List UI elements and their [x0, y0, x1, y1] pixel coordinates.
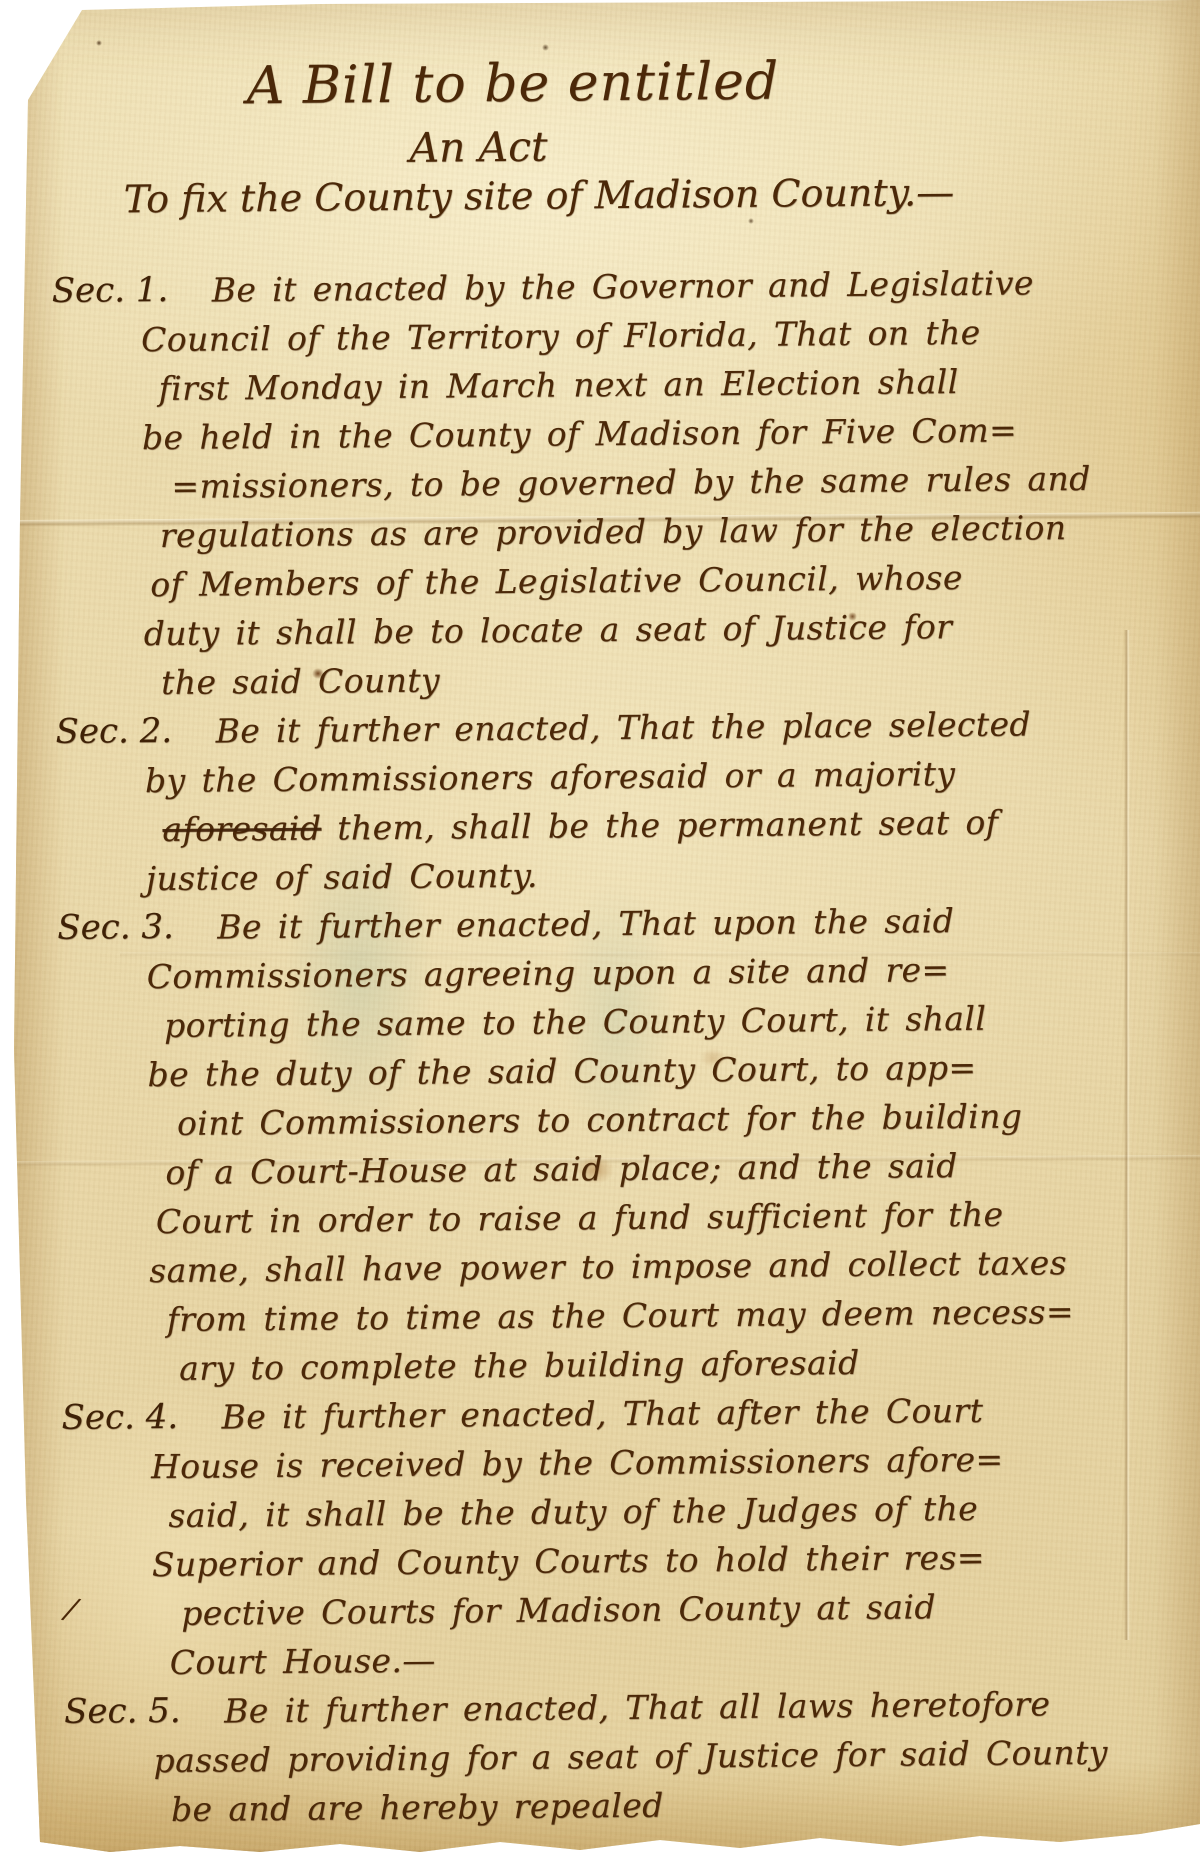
manuscript-line: Court House.—: [170, 1629, 1200, 1687]
manuscript-line: oint Commissioners to contract for the b…: [177, 1090, 1200, 1148]
section-text: Be it further enacted, That after the Co…: [157, 1384, 1200, 1687]
document-body: Sec. 1.Be it enacted by the Governor and…: [0, 257, 1200, 1835]
document-section: Sec. 3.Be it further enacted, That upon …: [5, 894, 1200, 1394]
manuscript-line: from time to time as the Court may deem …: [167, 1286, 1200, 1344]
document-title: A Bill to be entitled An Act To fix the …: [0, 47, 1199, 223]
manuscript-line: said, it shall be the duty of the Judges…: [168, 1482, 1200, 1540]
section-text: Be it enacted by the Governor and Legisl…: [148, 257, 1200, 707]
scanned-document: A Bill to be entitled An Act To fix the …: [0, 0, 1200, 1869]
struck-word: aforesaid: [162, 809, 321, 849]
section-text: Be it further enacted, That the place se…: [151, 698, 1200, 903]
document-section: Sec. 2.Be it further enacted, That the p…: [3, 698, 1200, 904]
document-section: Sec. 4.Be it further enacted, That after…: [9, 1384, 1200, 1688]
document-section: Sec. 5.Be it further enacted, That all l…: [12, 1678, 1200, 1835]
manuscript-line: pective Courts for Madison County at sai…: [181, 1580, 1200, 1638]
manuscript-line: be and are hereby repealed: [171, 1776, 1200, 1834]
section-text: Be it further enacted, That upon the sai…: [153, 894, 1200, 1393]
manuscript-line: =missioners, to be governed by the same …: [171, 453, 1200, 511]
section-label: Sec. 1.: [52, 266, 169, 316]
section-label: Sec. 5.: [64, 1687, 181, 1737]
manuscript-line: passed providing for a seat of Justice f…: [153, 1727, 1200, 1785]
manuscript-line: Be it further enacted, That all laws her…: [160, 1678, 1200, 1736]
document-section: Sec. 1.Be it enacted by the Governor and…: [0, 257, 1200, 708]
title-line-1: A Bill to be entitled: [0, 47, 1198, 121]
section-text: Be it further enacted, That all laws her…: [160, 1678, 1200, 1834]
manuscript-line: regulations as are provided by law for t…: [160, 502, 1200, 560]
section-label: Sec. 4.: [61, 1393, 178, 1443]
manuscript-line: aforesaid them, shall be the permanent s…: [162, 796, 1200, 854]
manuscript-line: ary to complete the building aforesaid: [179, 1335, 1200, 1393]
title-line-3: To fix the County site of Madison County…: [0, 167, 1199, 225]
section-label: Sec. 3.: [57, 903, 174, 953]
manuscript-line: of a Court-House at said place; and the …: [165, 1139, 1200, 1197]
manuscript-text: A Bill to be entitled An Act To fix the …: [0, 0, 1200, 1835]
manuscript-line: porting the same to the County Court, it…: [164, 992, 1200, 1050]
manuscript-line: the said County: [161, 649, 1200, 707]
section-label: Sec. 2.: [55, 707, 172, 757]
